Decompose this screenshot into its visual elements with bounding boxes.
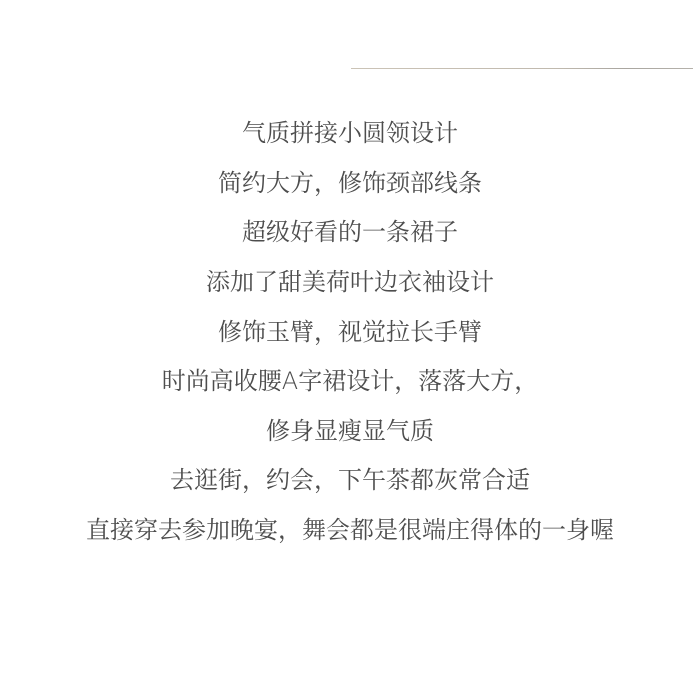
copy-line-6: 时尚高收腰A字裙设计，落落大方， (0, 354, 700, 404)
copy-line-5: 修饰玉臂，视觉拉长手臂 (0, 304, 700, 354)
product-copy-block: 气质拼接小圆领设计 简约大方，修饰颈部线条 超级好看的一条裙子 添加了甜美荷叶边… (0, 106, 700, 552)
copy-line-7: 修身显瘦显气质 (0, 404, 700, 454)
copy-line-8: 去逛街，约会，下午茶都灰常合适 (0, 453, 700, 503)
divider-line (351, 68, 693, 69)
copy-line-4: 添加了甜美荷叶边衣袖设计 (0, 255, 700, 305)
copy-line-9: 直接穿去参加晚宴，舞会都是很端庄得体的一身喔 (0, 503, 700, 553)
copy-line-3: 超级好看的一条裙子 (0, 205, 700, 255)
product-description-page: 气质拼接小圆领设计 简约大方，修饰颈部线条 超级好看的一条裙子 添加了甜美荷叶边… (0, 0, 700, 700)
copy-line-1: 气质拼接小圆领设计 (0, 106, 700, 156)
copy-line-2: 简约大方，修饰颈部线条 (0, 156, 700, 206)
